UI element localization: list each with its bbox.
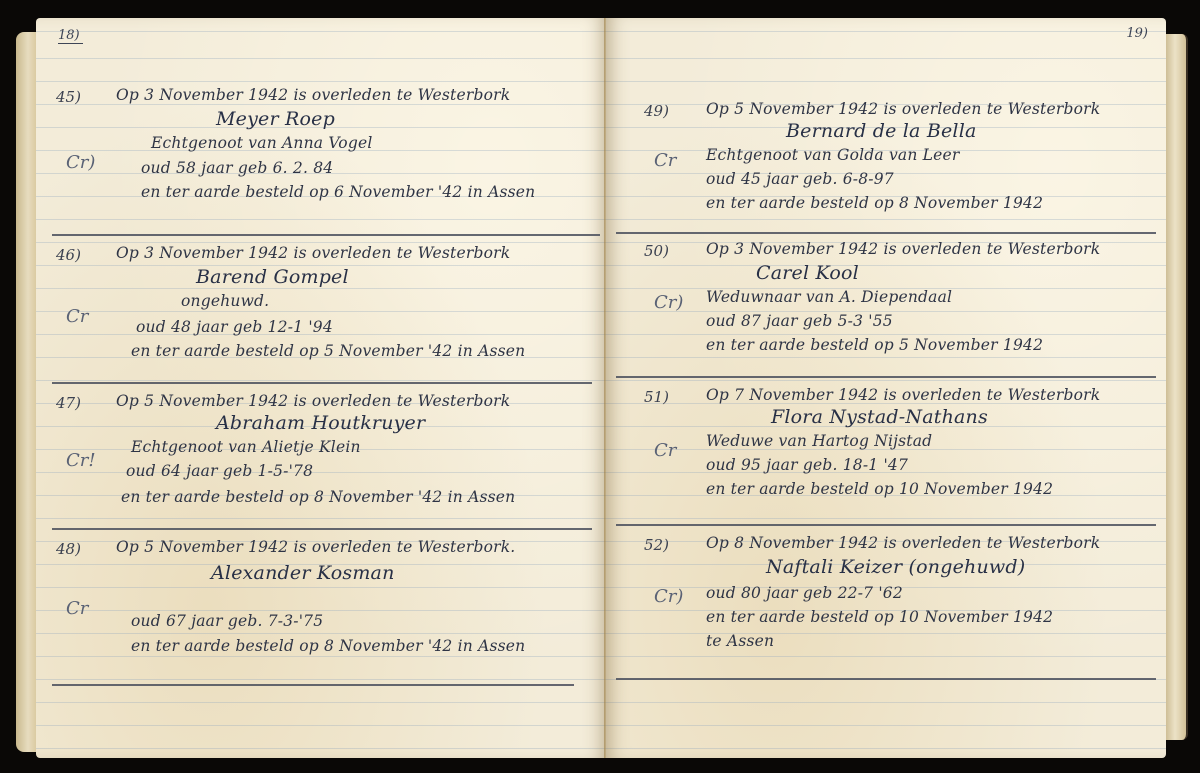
left-page-number: 18) bbox=[58, 28, 83, 44]
right-page-edges bbox=[1164, 34, 1188, 740]
entry-burial: en ter aarde besteld op 10 November 1942 bbox=[706, 608, 1053, 626]
entry-name: Abraham Houtkruyer bbox=[216, 412, 425, 434]
entry-divider bbox=[616, 678, 1156, 680]
entry-death-line: Op 3 November 1942 is overleden te Weste… bbox=[116, 86, 510, 104]
margin-mark: Cr) bbox=[654, 586, 683, 607]
entry-death-line: Op 5 November 1942 is overleden te Weste… bbox=[116, 538, 515, 556]
margin-mark: Cr bbox=[654, 440, 676, 461]
entry-death-line: Op 3 November 1942 is overleden te Weste… bbox=[116, 244, 510, 262]
entry-name: Carel Kool bbox=[756, 262, 859, 284]
entry-name: Meyer Roep bbox=[216, 108, 335, 130]
entry-relation: Echtgenoot van Anna Vogel bbox=[151, 134, 373, 152]
entry-relation: Echtgenoot van Alietje Klein bbox=[131, 438, 361, 456]
entry-divider bbox=[616, 232, 1156, 234]
margin-mark: Cr) bbox=[66, 152, 95, 173]
entry-number: 51) bbox=[644, 388, 669, 406]
entry-age-birth: oud 80 jaar geb 22-7 '62 bbox=[706, 584, 903, 602]
entry-death-line: Op 8 November 1942 is overleden te Weste… bbox=[706, 534, 1100, 552]
entry-death-line: Op 5 November 1942 is overleden te Weste… bbox=[116, 392, 510, 410]
entry-relation: Weduwnaar van A. Diependaal bbox=[706, 288, 952, 306]
entry-name: Naftali Keizer (ongehuwd) bbox=[766, 556, 1025, 578]
entry-number: 50) bbox=[644, 242, 669, 260]
entry-death-line: Op 3 November 1942 is overleden te Weste… bbox=[706, 240, 1100, 258]
entry-death-line: Op 5 November 1942 is overleden te Weste… bbox=[706, 100, 1100, 118]
entry-divider bbox=[52, 234, 600, 236]
entry-burial: en ter aarde besteld op 8 November 1942 bbox=[706, 194, 1043, 212]
entry-age-birth: oud 64 jaar geb 1-5-'78 bbox=[126, 462, 313, 480]
entry-burial: en ter aarde besteld op 10 November 1942 bbox=[706, 480, 1053, 498]
right-page: 19) 49) Cr Op 5 November 1942 is overled… bbox=[606, 18, 1166, 758]
entry-number: 47) bbox=[56, 394, 81, 412]
entry-age-birth: oud 48 jaar geb 12-1 '94 bbox=[136, 318, 333, 336]
entry-death-line: Op 7 November 1942 is overleden te Weste… bbox=[706, 386, 1100, 404]
entry-burial-place: te Assen bbox=[706, 632, 774, 650]
entry-burial: en ter aarde besteld op 6 November '42 i… bbox=[141, 183, 535, 201]
entry-relation: ongehuwd. bbox=[181, 292, 269, 310]
entry-name: Barend Gompel bbox=[196, 266, 349, 288]
entry-number: 52) bbox=[644, 536, 669, 554]
margin-mark: Cr! bbox=[66, 450, 96, 471]
left-page: 18) 45) Cr) Op 3 November 1942 is overle… bbox=[36, 18, 606, 758]
entry-age-birth: oud 95 jaar geb. 18-1 '47 bbox=[706, 456, 908, 474]
entry-number: 45) bbox=[56, 88, 81, 106]
entry-age-birth: oud 87 jaar geb 5-3 '55 bbox=[706, 312, 893, 330]
right-page-number: 19) bbox=[1126, 26, 1148, 41]
open-notebook: 18) 45) Cr) Op 3 November 1942 is overle… bbox=[14, 18, 1188, 760]
entry-name: Bernard de la Bella bbox=[786, 120, 977, 142]
entry-burial: en ter aarde besteld op 8 November '42 i… bbox=[131, 637, 525, 655]
entry-divider bbox=[616, 524, 1156, 526]
entry-age-birth: oud 45 jaar geb. 6-8-97 bbox=[706, 170, 894, 188]
entry-burial: en ter aarde besteld op 8 November '42 i… bbox=[121, 488, 515, 506]
margin-mark: Cr bbox=[66, 598, 88, 619]
margin-mark: Cr bbox=[654, 150, 676, 171]
entry-burial: en ter aarde besteld op 5 November 1942 bbox=[706, 336, 1043, 354]
entry-age-birth: oud 67 jaar geb. 7-3-'75 bbox=[131, 612, 323, 630]
entry-divider bbox=[52, 684, 574, 686]
entry-number: 49) bbox=[644, 102, 669, 120]
entry-divider bbox=[616, 376, 1156, 378]
entry-age-birth: oud 58 jaar geb 6. 2. 84 bbox=[141, 159, 333, 177]
entry-number: 46) bbox=[56, 246, 81, 264]
entry-divider bbox=[52, 382, 592, 384]
entry-name: Alexander Kosman bbox=[211, 562, 395, 584]
entry-relation: Weduwe van Hartog Nijstad bbox=[706, 432, 932, 450]
entry-divider bbox=[52, 528, 592, 530]
entry-relation: Echtgenoot van Golda van Leer bbox=[706, 146, 960, 164]
entry-number: 48) bbox=[56, 540, 81, 558]
entry-burial: en ter aarde besteld op 5 November '42 i… bbox=[131, 342, 525, 360]
margin-mark: Cr bbox=[66, 306, 88, 327]
entry-name: Flora Nystad-Nathans bbox=[771, 406, 988, 428]
margin-mark: Cr) bbox=[654, 292, 683, 313]
